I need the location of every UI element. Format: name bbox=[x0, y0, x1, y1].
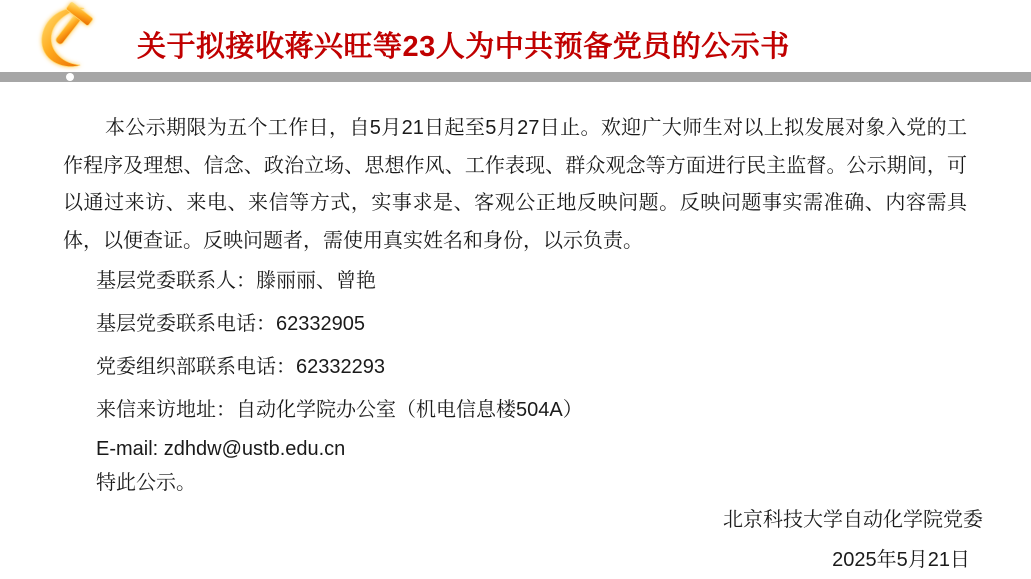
signature-organization: 北京科技大学自动化学院党委 bbox=[63, 500, 983, 540]
org-dept-phone-line: 党委组织部联系电话：62332293 bbox=[96, 346, 967, 389]
notice-body: 本公示期限为五个工作日，自5月21日起至5月27日止。欢迎广大师生对以上拟发展对… bbox=[63, 110, 967, 579]
committee-phone-line: 基层党委联系电话：62332905 bbox=[96, 303, 967, 346]
signature-date: 2025年5月21日 bbox=[63, 540, 970, 579]
page-title: 关于拟接收蒋兴旺等23人为中共预备党员的公示书 bbox=[137, 24, 790, 65]
contact-person-line: 基层党委联系人：滕丽丽、曾艳 bbox=[96, 260, 967, 303]
visit-address-line: 来信来访地址：自动化学院办公室（机电信息楼504A） bbox=[96, 389, 967, 432]
page-header: 关于拟接收蒋兴旺等23人为中共预备党员的公示书 bbox=[0, 0, 1031, 72]
divider-bar bbox=[0, 72, 1031, 82]
signature-block: 北京科技大学自动化学院党委 2025年5月21日 bbox=[63, 500, 967, 579]
email-line: E-mail: zdhdw@ustb.edu.cn bbox=[96, 432, 967, 466]
party-emblem-icon bbox=[34, 2, 100, 70]
divider-dot bbox=[66, 73, 74, 81]
notice-paragraph: 本公示期限为五个工作日，自5月21日起至5月27日止。欢迎广大师生对以上拟发展对… bbox=[63, 110, 967, 260]
closing-line: 特此公示。 bbox=[96, 466, 967, 500]
